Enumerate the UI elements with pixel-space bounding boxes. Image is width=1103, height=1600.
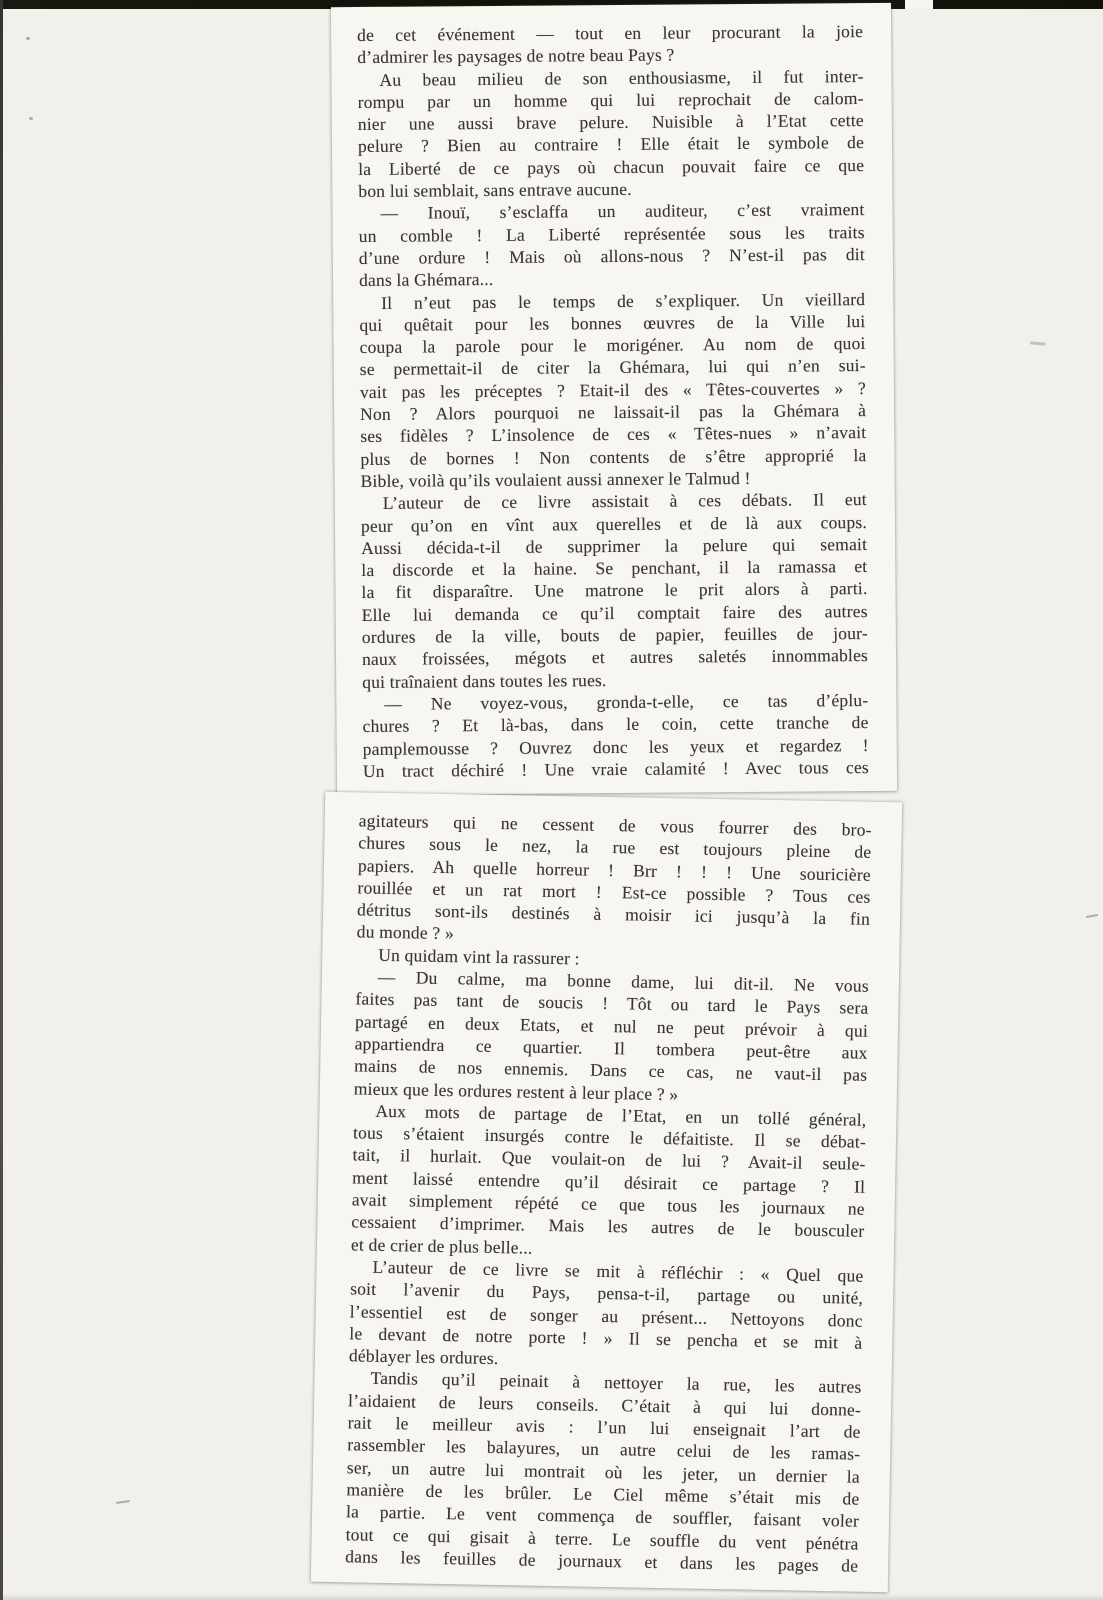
text-line: la Liberté de ce pays où chacun pouvait … <box>358 154 864 180</box>
text-line: L’auteur de ce livre assistait à ces déb… <box>361 488 867 514</box>
scan-speck <box>1030 341 1046 345</box>
clipping-1: de cet événement — tout en leur procuran… <box>331 3 897 795</box>
scan-left-edge-line <box>0 0 3 1600</box>
clipping-2: agitateurs qui ne cessent de vous fourre… <box>311 792 902 1592</box>
text-line: d’une ordure ! Mais où allons-nous ? N’e… <box>359 243 865 269</box>
scan-speck <box>116 1500 130 1504</box>
text-line: de cet événement — tout en leur procuran… <box>357 20 863 46</box>
text-line: Un tract déchiré ! Une vraie calamité ! … <box>363 756 869 782</box>
scanned-book-page: de cet événement — tout en leur procuran… <box>0 0 1103 1600</box>
text-line: plus de bornes ! Non contents de s’être … <box>360 444 866 470</box>
scan-speck <box>29 117 33 120</box>
scan-speck <box>1086 914 1098 918</box>
clipping-2-text: agitateurs qui ne cessent de vous fourre… <box>345 809 872 1576</box>
scan-speck <box>26 37 30 40</box>
scan-top-edge-notch <box>905 0 933 9</box>
text-line: chures ? Et là-bas, dans le coin, cette … <box>362 711 868 737</box>
scan-bottom-shade <box>0 1594 1103 1600</box>
clipping-1-text: de cet événement — tout en leur procuran… <box>357 20 869 782</box>
text-line: naux froissées, mégots et autres saletés… <box>362 644 868 670</box>
